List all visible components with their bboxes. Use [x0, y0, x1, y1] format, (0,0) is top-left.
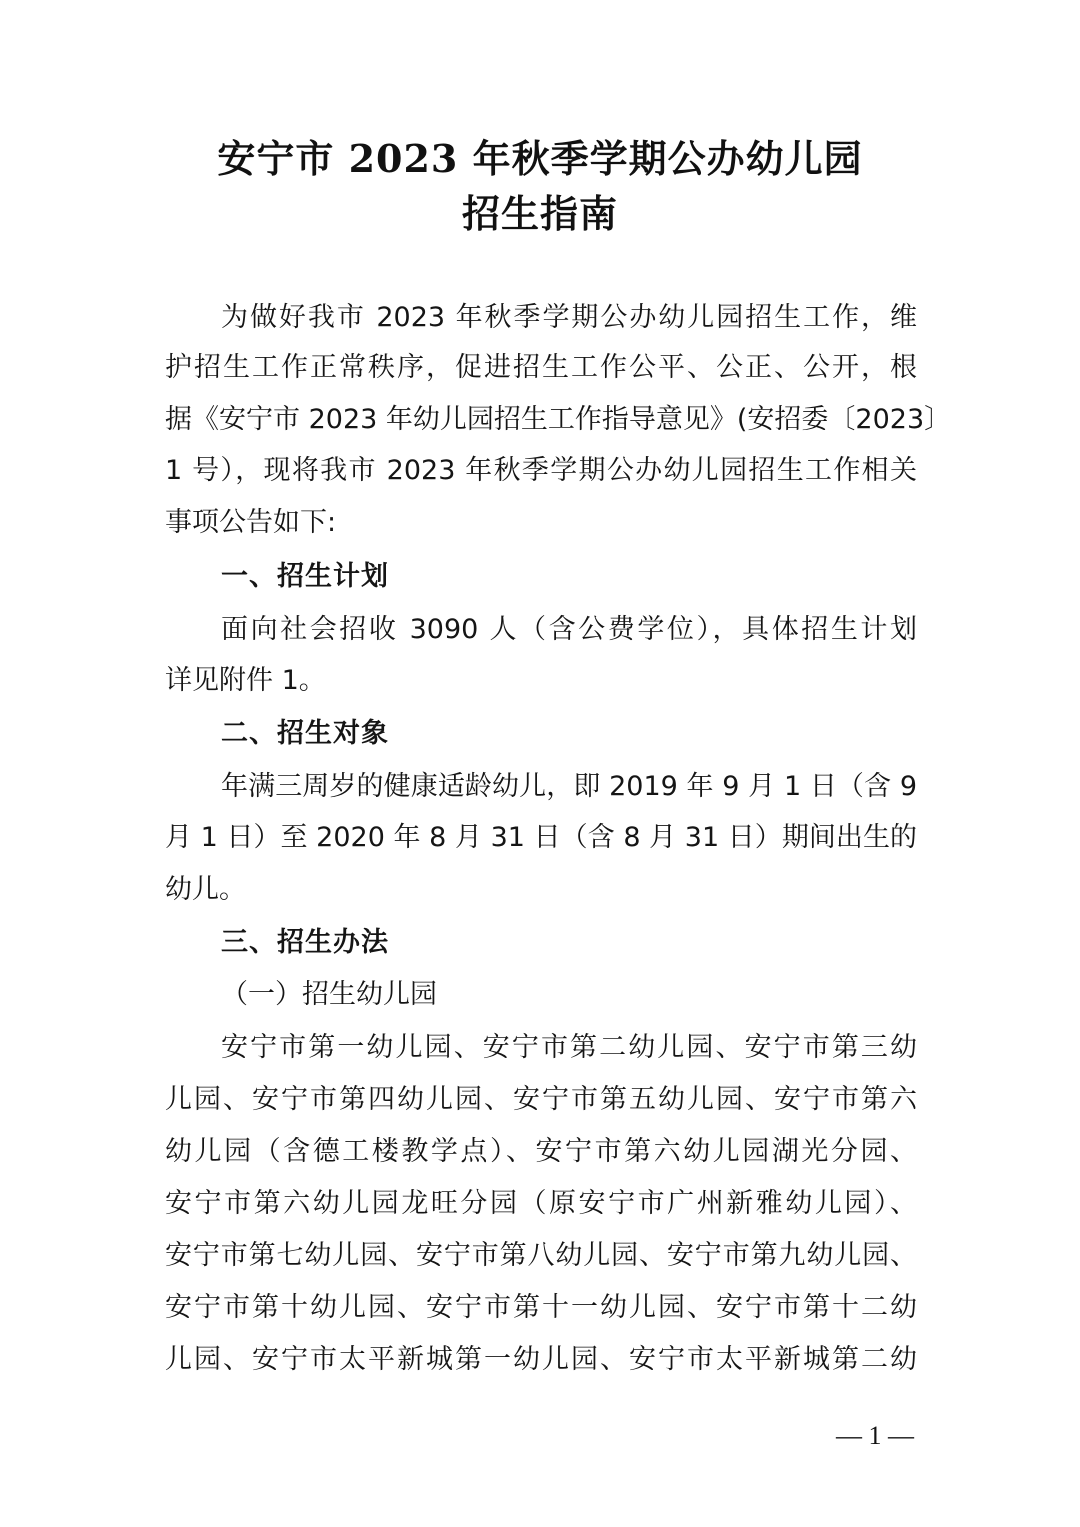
section3-line: 儿园、安宁市太平新城第一幼儿园、安宁市太平新城第二幼	[165, 1340, 917, 1380]
intro-line: 事项公告如下:	[165, 503, 917, 543]
section-heading-enrollment-method: 三、招生办法	[221, 923, 917, 963]
section-heading-enrollment-target: 二、招生对象	[221, 714, 917, 754]
intro-line: 为做好我市 2023 年秋季学期公办幼儿园招生工作，维	[221, 298, 917, 338]
section3-line: 安宁市第一幼儿园、安宁市第二幼儿园、安宁市第三幼	[221, 1028, 917, 1068]
intro-line: 护招生工作正常秩序，促进招生工作公平、公正、公开，根	[165, 348, 917, 388]
section-heading-enrollment-plan: 一、招生计划	[221, 557, 917, 597]
document-page: 安宁市 2023 年秋季学期公办幼儿园 招生指南 为做好我市 2023 年秋季学…	[0, 0, 1080, 1527]
page-number: — 1 —	[830, 1420, 920, 1452]
section3-line: 儿园、安宁市第四幼儿园、安宁市第五幼儿园、安宁市第六	[165, 1080, 917, 1120]
section3-line: 幼儿园（含德工楼教学点）、安宁市第六幼儿园湖光分园、	[165, 1132, 917, 1172]
section1-line: 详见附件 1。	[165, 661, 917, 701]
section3-line: 安宁市第六幼儿园龙旺分园（原安宁市广州新雅幼儿园）、	[165, 1184, 917, 1224]
intro-line: 1 号），现将我市 2023 年秋季学期公办幼儿园招生工作相关	[165, 451, 917, 491]
subsection-heading-kindergartens: （一）招生幼儿园	[221, 975, 973, 1015]
section3-line: 安宁市第七幼儿园、安宁市第八幼儿园、安宁市第九幼儿园、	[165, 1236, 917, 1276]
section2-line: 幼儿。	[165, 870, 917, 910]
section1-line: 面向社会招收 3090 人（含公费学位），具体招生计划	[221, 610, 917, 650]
document-title-line-1: 安宁市 2023 年秋季学期公办幼儿园	[0, 134, 1080, 184]
document-title-line-2: 招生指南	[0, 189, 1080, 239]
intro-line: 据《安宁市 2023 年幼儿园招生工作指导意见》(安招委〔2023〕	[165, 400, 917, 440]
section2-line: 月 1 日）至 2020 年 8 月 31 日（含 8 月 31 日）期间出生的	[165, 818, 917, 858]
section2-line: 年满三周岁的健康适龄幼儿，即 2019 年 9 月 1 日（含 9	[221, 767, 917, 807]
section3-line: 安宁市第十幼儿园、安宁市第十一幼儿园、安宁市第十二幼	[165, 1288, 917, 1328]
